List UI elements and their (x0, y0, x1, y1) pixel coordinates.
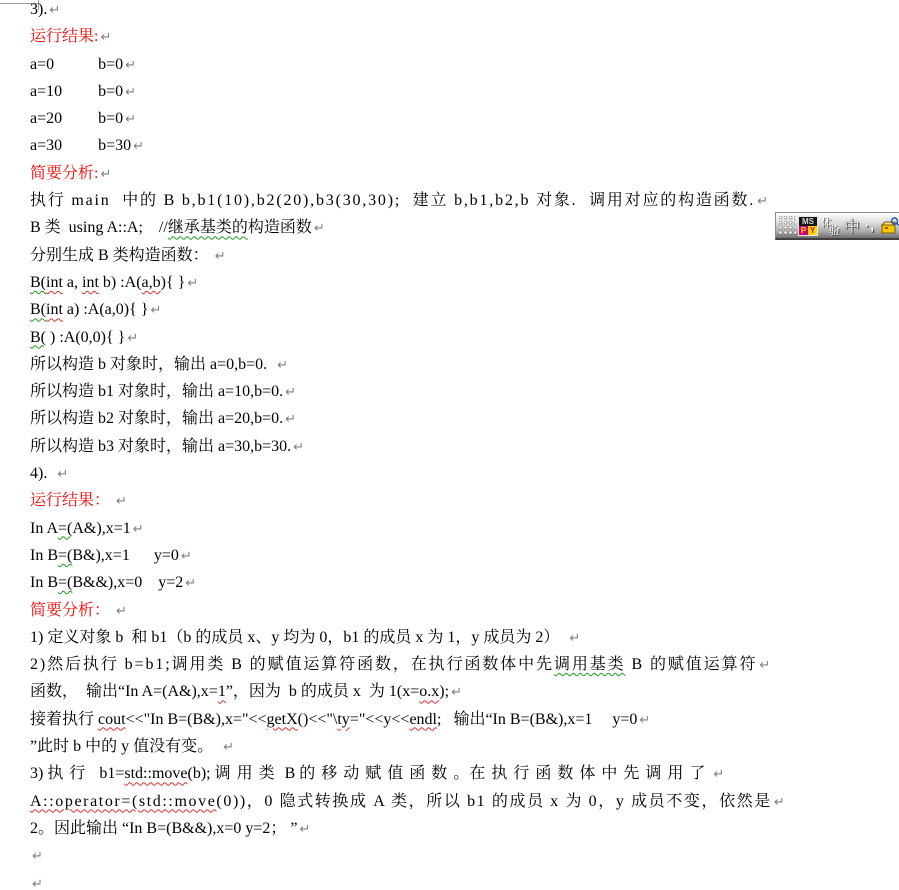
paragraph-mark-icon: ↵ (116, 494, 127, 509)
paragraph-line: 2。因此输出 “In B=(B&&),x=0 y=2； ”↵ (30, 815, 763, 842)
text-run: (0))，0 隐式转换成 A 类，所以 b1 的成员 x 为 0，y 成员不变，… (216, 793, 771, 810)
paragraph-line: 分别生成 B 类构造函数： ↵ (30, 242, 763, 269)
paragraph-mark-icon: ↵ (569, 631, 580, 646)
paragraph-mark-icon: ↵ (32, 877, 43, 890)
paragraph-line: In A=(A&),x=1↵ (30, 515, 763, 542)
paragraph-mark-icon: ↵ (713, 767, 724, 782)
text-run: 调用类 (215, 765, 281, 782)
paragraph-mark-icon: ↵ (314, 221, 325, 236)
text-run: In B (30, 547, 58, 564)
ime-logo-py-label: P Y (799, 226, 817, 235)
text-run: 分别生成 B 类构造函数： (30, 247, 213, 264)
paragraph-line: a=0 b=0↵ (30, 51, 763, 78)
text-run: int (46, 274, 63, 291)
text-run: std::move (124, 765, 187, 782)
text-run: cout (98, 711, 126, 728)
text-run: a, (63, 274, 82, 291)
paragraph-line: ↵ (30, 842, 763, 869)
paragraph-mark-icon: ↵ (300, 822, 311, 837)
ime-logo-p: P (799, 226, 808, 235)
paragraph-mark-icon: ↵ (181, 549, 192, 564)
text-run: ()<<"\ (298, 711, 338, 728)
paragraph-line: a=30 b=30↵ (30, 132, 763, 159)
paragraph-mark-icon: ↵ (32, 849, 43, 864)
toolbox-glyph (880, 217, 899, 235)
paragraph-mark-icon: ↵ (127, 331, 138, 346)
text-run: a=30 b=30 (30, 137, 131, 154)
text-run: ="<<y<< (350, 711, 410, 728)
paragraph-mark-icon: ↵ (133, 522, 144, 537)
paragraph-mark-icon: ↵ (125, 85, 136, 100)
text-run: 。 (453, 765, 469, 782)
text-run: 1 (218, 683, 226, 700)
text-run: B&&),x=0 y=2 (72, 574, 183, 591)
paragraph-line: 简要分析： ↵ (30, 597, 763, 624)
paragraph-mark-icon: ↵ (133, 139, 144, 154)
text-run: B&),x=1 y=0 (72, 547, 179, 564)
text-run: ; 输出“In B=(B&),x=1 y=0 (437, 711, 637, 728)
text-run: 所以构造 b1 对象时，输出 a=10,b=0. (30, 383, 283, 400)
ime-punct-comma: , (870, 218, 875, 233)
text-run: a) :A(a,0){ } (63, 301, 149, 318)
paragraph-line: 3) 执行 b1=std::move(b); 调用类 B 的移动赋值函数。在执行… (30, 760, 763, 787)
text-run: A&),x=1 (72, 520, 130, 537)
paragraph-line: 1) 定义对象 b 和 b1（b 的成员 x、y 均为 0，b1 的成员 x 为… (30, 624, 763, 651)
text-run: 接着执行 (30, 711, 98, 728)
text-run: =( (58, 520, 72, 537)
text-run: 4). (30, 465, 55, 482)
text-run: 简要分析： (30, 602, 114, 619)
paragraph-line: a=10 b=0↵ (30, 78, 763, 105)
paragraph-line: 函数， 输出“In A=(A&),x=1”，因为 b 的成员 x 为 1(x=o… (30, 678, 763, 705)
paragraph-mark-icon: ↵ (150, 303, 161, 318)
ime-chinese-mode-toggle[interactable]: 中 (844, 214, 860, 237)
text-run: 2。因此输出 “In B=(B&&),x=0 y=2； ” (30, 820, 298, 837)
text-run: =( (58, 574, 72, 591)
paragraph-line: B(int a) :A(a,0){ }↵ (30, 296, 763, 323)
text-run: 调用基类 (554, 656, 626, 673)
ime-mspy-logo-icon[interactable]: MS P Y (798, 216, 818, 236)
text-run: 所以构造 b2 对象时，输出 a=20,b=0. (30, 410, 283, 427)
text-run: B( (30, 301, 46, 318)
text-run: ”，因为 b 的成员 x 为 1(x= (226, 683, 419, 700)
ime-drag-handle[interactable] (779, 216, 796, 236)
text-run: 所以构造 b3 对象时，输出 a=30,b=30. (30, 438, 291, 455)
paragraph-line: In B=(B&&),x=0 y=2↵ (30, 569, 763, 596)
text-run: In A (30, 520, 58, 537)
paragraph-line: B 类 using A::A; //继承基类的构造函数↵ (30, 214, 763, 241)
text-run: A::operator=( (30, 793, 139, 810)
text-run: B (281, 765, 300, 782)
paragraph-mark-icon: ↵ (277, 358, 288, 373)
paragraph-line: 2)然后执行 b=b1;调用类 B 的赋值运算符函数，在执行函数体中先调用基类 … (30, 651, 763, 678)
ime-style-icon[interactable]: 体 验 (820, 216, 840, 236)
ime-punctuation-toggle[interactable]: ·, (865, 216, 875, 236)
text-run: b) :A( (99, 274, 142, 291)
text-run: o.x (419, 683, 439, 700)
document-body[interactable]: 3).↵运行结果:↵a=0 b=0↵a=10 b=0↵a=20 b=0↵a=30… (30, 0, 763, 890)
text-run: ty (337, 711, 349, 728)
text-run: a=10 b=0 (30, 83, 123, 100)
text-run: int (82, 274, 99, 291)
text-run: B 的赋值运算符 (626, 656, 758, 673)
text-run: 执行 (47, 765, 91, 782)
text-run: ) :A(0,0){ } (46, 329, 125, 346)
text-run: =( (58, 547, 72, 564)
text-run: std::move (139, 793, 217, 810)
paragraph-line: a=20 b=0↵ (30, 105, 763, 132)
paragraph-mark-icon: ↵ (639, 713, 650, 728)
ime-style-char2: 验 (829, 222, 840, 238)
text-run: 3) (30, 765, 47, 782)
paragraph-line: 3).↵ (30, 0, 763, 23)
text-run: 在执行函数体中先调用了 (469, 765, 711, 782)
text-run: ); (439, 683, 449, 700)
paragraph-line: ↵ (30, 870, 763, 890)
paragraph-line: 所以构造 b1 对象时，输出 a=10,b=0.↵ (30, 378, 763, 405)
paragraph-mark-icon: ↵ (215, 249, 226, 264)
paragraph-mark-icon: ↵ (293, 440, 304, 455)
text-run: 执行 main 中的 B b,b1(10),b2(20),b3(30,30); … (30, 192, 755, 209)
text-run: 继承基类的 (168, 219, 248, 236)
paragraph-mark-icon: ↵ (185, 576, 196, 591)
text-run: 2)然后执行 b=b1;调用类 B 的赋值运算符函数，在执行函数体中先 (30, 656, 554, 673)
paragraph-line: B(int a, int b) :A(a,b){ }↵ (30, 269, 763, 296)
paragraph-mark-icon: ↵ (285, 385, 296, 400)
text-run: 函数， 输出“In A=(A&),x= (30, 683, 218, 700)
ime-toolbox-icon[interactable] (880, 217, 899, 235)
paragraph-line: 运行结果:↵ (30, 23, 763, 50)
paragraph-line: 4). ↵ (30, 460, 763, 487)
paragraph-mark-icon: ↵ (757, 194, 768, 209)
paragraph-mark-icon: ↵ (774, 795, 785, 810)
paragraph-line: 所以构造 b2 对象时，输出 a=20,b=0.↵ (30, 405, 763, 432)
paragraph-line: 接着执行 cout<<"In B=(B&),x="<<getX()<<"\ty=… (30, 706, 763, 733)
text-run: a=0 b=0 (30, 56, 123, 73)
text-run: a=20 b=0 (30, 110, 123, 127)
text-run: ){ } (161, 274, 186, 291)
paragraph-mark-icon: ↵ (116, 604, 127, 619)
paragraph-mark-icon: ↵ (57, 467, 68, 482)
paragraph-mark-icon: ↵ (285, 412, 296, 427)
paragraph-mark-icon: ↵ (125, 112, 136, 127)
text-run: int (46, 301, 63, 318)
text-run: ”此时 b 中的 y 值没有变。 (30, 738, 221, 755)
paragraph-mark-icon: ↵ (100, 167, 111, 182)
ime-logo-y: Y (808, 226, 817, 235)
ime-logo-ms-label: MS (799, 217, 817, 226)
paragraph-mark-icon: ↵ (125, 58, 136, 73)
paragraph-line: A::operator=(std::move(0))，0 隐式转换成 A 类，所… (30, 788, 763, 815)
paragraph-line: In B=(B&),x=1 y=0↵ (30, 542, 763, 569)
paragraph-mark-icon: ↵ (187, 276, 198, 291)
text-run: 3). (30, 1, 47, 18)
text-run: <<"In B=(B&),x="<< (126, 711, 267, 728)
text-run: 1) 定义对象 b 和 b1（b 的成员 x、y 均为 0，b1 的成员 x 为… (30, 629, 567, 646)
paragraph-mark-icon: ↵ (100, 30, 111, 45)
text-run: B( (30, 329, 46, 346)
paragraph-line: ”此时 b 中的 y 值没有变。 ↵ (30, 733, 763, 760)
text-run: B( (30, 274, 46, 291)
text-run: 所以构造 b 对象时，输出 a=0,b=0. (30, 356, 275, 373)
text-run: endl (409, 711, 437, 728)
text-run: 构造函数 (248, 219, 312, 236)
paragraph-line: 所以构造 b3 对象时，输出 a=30,b=30.↵ (30, 433, 763, 460)
text-run: 运行结果: (30, 28, 98, 45)
paragraph-line: 简要分析:↵ (30, 160, 763, 187)
text-run: 的移动赋值函数 (299, 765, 453, 782)
paragraph-mark-icon: ↵ (223, 740, 234, 755)
text-run: getX (267, 711, 298, 728)
paragraph-line: 运行结果： ↵ (30, 487, 763, 514)
text-run: B 类 using A::A; // (30, 219, 168, 236)
paragraph-mark-icon: ↵ (49, 3, 60, 18)
text-run: (b); (187, 765, 214, 782)
text-run: b1= (91, 765, 124, 782)
paragraph-mark-icon: ↵ (759, 658, 770, 673)
paragraph-line: 执行 main 中的 B b,b1(10),b2(20),b3(30,30); … (30, 187, 763, 214)
text-run: 运行结果： (30, 492, 114, 509)
text-run: a,b (142, 274, 161, 291)
paragraph-mark-icon: ↵ (451, 685, 462, 700)
text-run: In B (30, 574, 58, 591)
paragraph-line: B( ) :A(0,0){ }↵ (30, 324, 763, 351)
text-run: 简要分析: (30, 165, 98, 182)
ime-toolbar[interactable]: MS P Y 体 验 中 ·, (775, 212, 899, 240)
paragraph-line: 所以构造 b 对象时，输出 a=0,b=0. ↵ (30, 351, 763, 378)
